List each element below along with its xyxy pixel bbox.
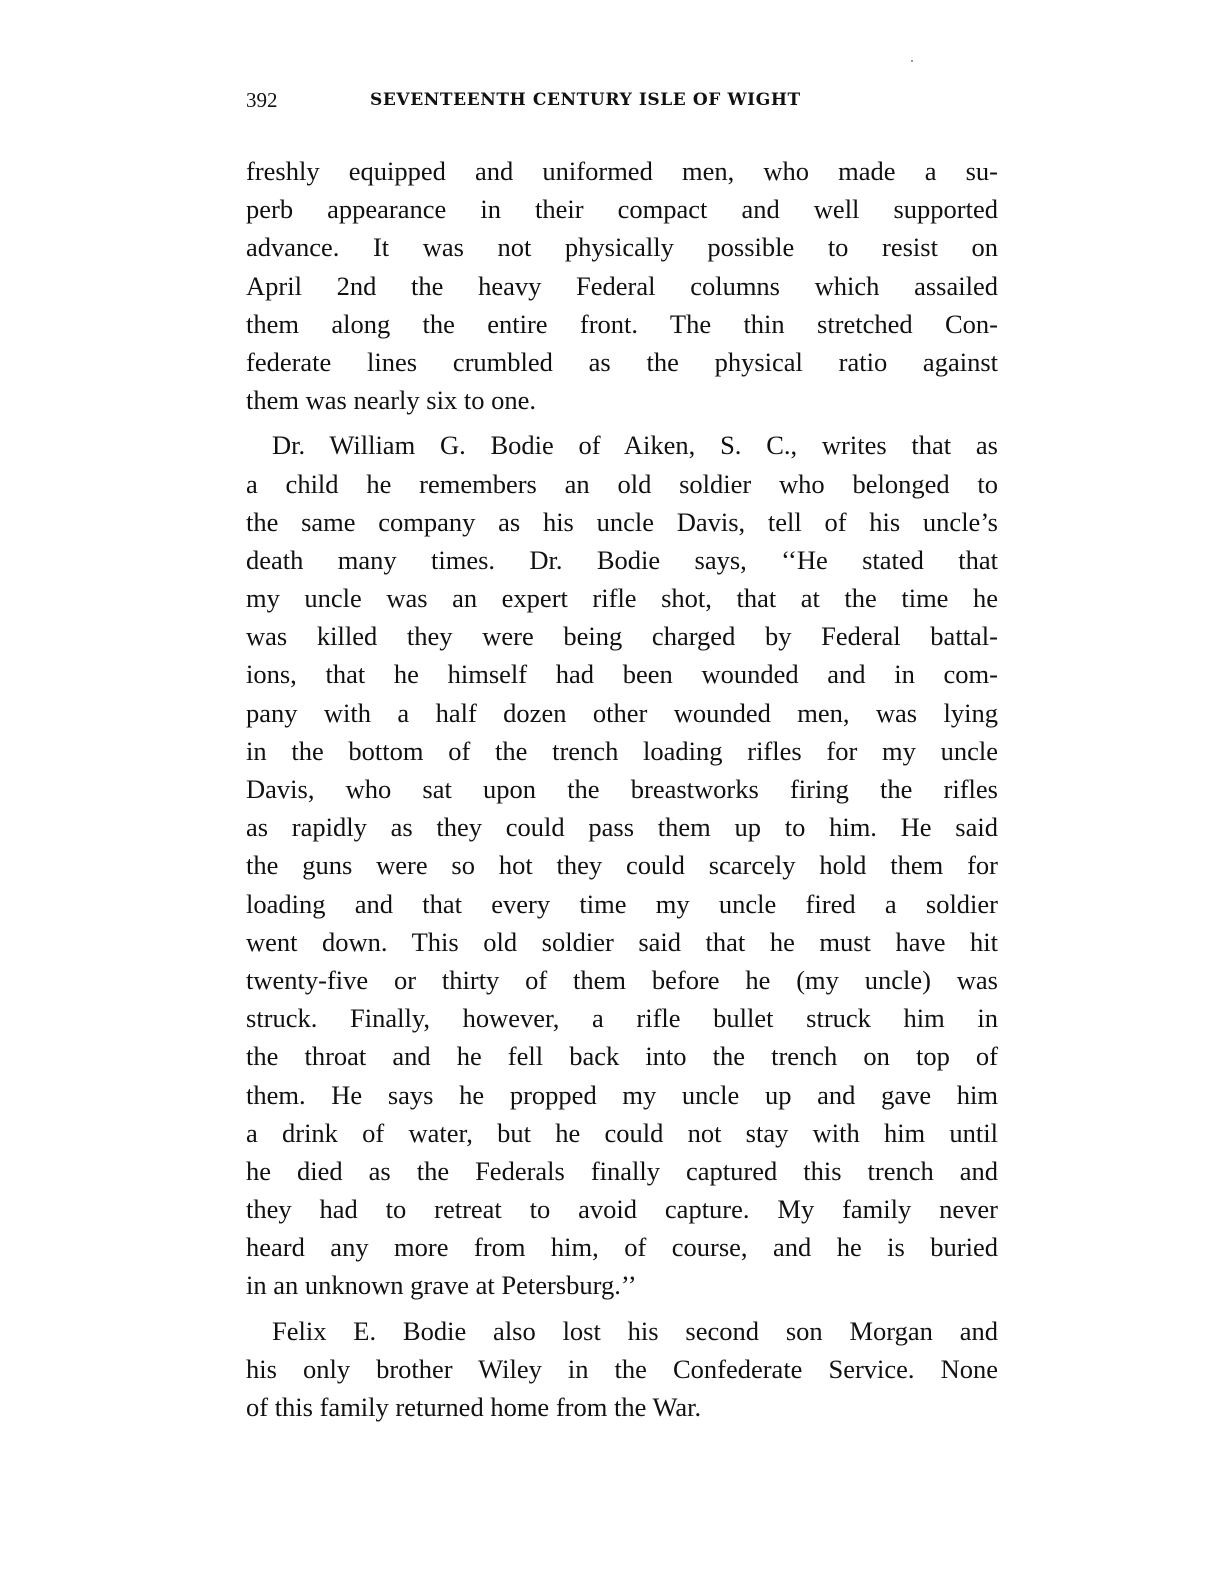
text-line: death many times. Dr. Bodie says, ‘‘He s… — [246, 541, 998, 579]
text-line: them. He says he propped my uncle up and… — [246, 1076, 998, 1114]
text-line: Davis, who sat upon the breastworks firi… — [246, 770, 998, 808]
text-line: of this family returned home from the Wa… — [246, 1388, 998, 1426]
text-line: advance. It was not physically possible … — [246, 228, 998, 266]
text-line: loading and that every time my uncle fir… — [246, 885, 998, 923]
text-line: in the bottom of the trench loading rifl… — [246, 732, 998, 770]
text-line: the guns were so hot they could scarcely… — [246, 846, 998, 884]
text-line: they had to retreat to avoid capture. My… — [246, 1190, 998, 1228]
text-line: as rapidly as they could pass them up to… — [246, 808, 998, 846]
body-text: freshly equipped and uniformed men, who … — [246, 152, 998, 1426]
text-line: he died as the Federals finally captured… — [246, 1152, 998, 1190]
text-line: a child he remembers an old soldier who … — [246, 465, 998, 503]
text-line: the throat and he fell back into the tre… — [246, 1037, 998, 1075]
text-line: struck. Finally, however, a rifle bullet… — [246, 999, 998, 1037]
text-line: them was nearly six to one. — [246, 381, 998, 419]
book-page: 392 SEVENTEENTH CENTURY ISLE OF WIGHT fr… — [0, 0, 1224, 1584]
paragraph-2: Dr. William G. Bodie of Aiken, S. C., wr… — [246, 426, 998, 1304]
text-line: federate lines crumbled as the physical … — [246, 343, 998, 381]
text-line: twenty-five or thirty of them before he … — [246, 961, 998, 999]
text-line: his only brother Wiley in the Confederat… — [246, 1350, 998, 1388]
paragraph-1: freshly equipped and uniformed men, who … — [246, 152, 998, 419]
paragraph-gap — [246, 1305, 998, 1312]
text-line: heard any more from him, of course, and … — [246, 1228, 998, 1266]
text-line: ions, that he himself had been wounded a… — [246, 655, 998, 693]
text-line: perb appearance in their compact and wel… — [246, 190, 998, 228]
text-line: the same company as his uncle Davis, tel… — [246, 503, 998, 541]
page-header: 392 SEVENTEENTH CENTURY ISLE OF WIGHT — [246, 88, 996, 116]
text-line: freshly equipped and uniformed men, who … — [246, 152, 998, 190]
running-title: SEVENTEENTH CENTURY ISLE OF WIGHT — [370, 90, 801, 110]
text-line: in an unknown grave at Petersburg.’’ — [246, 1266, 998, 1304]
text-line: went down. This old soldier said that he… — [246, 923, 998, 961]
text-line: my uncle was an expert rifle shot, that … — [246, 579, 998, 617]
text-line: Felix E. Bodie also lost his second son … — [246, 1312, 998, 1350]
text-line: was killed they were being charged by Fe… — [246, 617, 998, 655]
page-number: 392 — [246, 88, 278, 113]
text-line: Dr. William G. Bodie of Aiken, S. C., wr… — [246, 426, 998, 464]
text-line: pany with a half dozen other wounded men… — [246, 694, 998, 732]
text-line: April 2nd the heavy Federal columns whic… — [246, 267, 998, 305]
text-line: a drink of water, but he could not stay … — [246, 1114, 998, 1152]
text-line: them along the entire front. The thin st… — [246, 305, 998, 343]
paragraph-gap — [246, 419, 998, 426]
paragraph-3: Felix E. Bodie also lost his second son … — [246, 1312, 998, 1427]
scan-speck — [911, 60, 913, 62]
